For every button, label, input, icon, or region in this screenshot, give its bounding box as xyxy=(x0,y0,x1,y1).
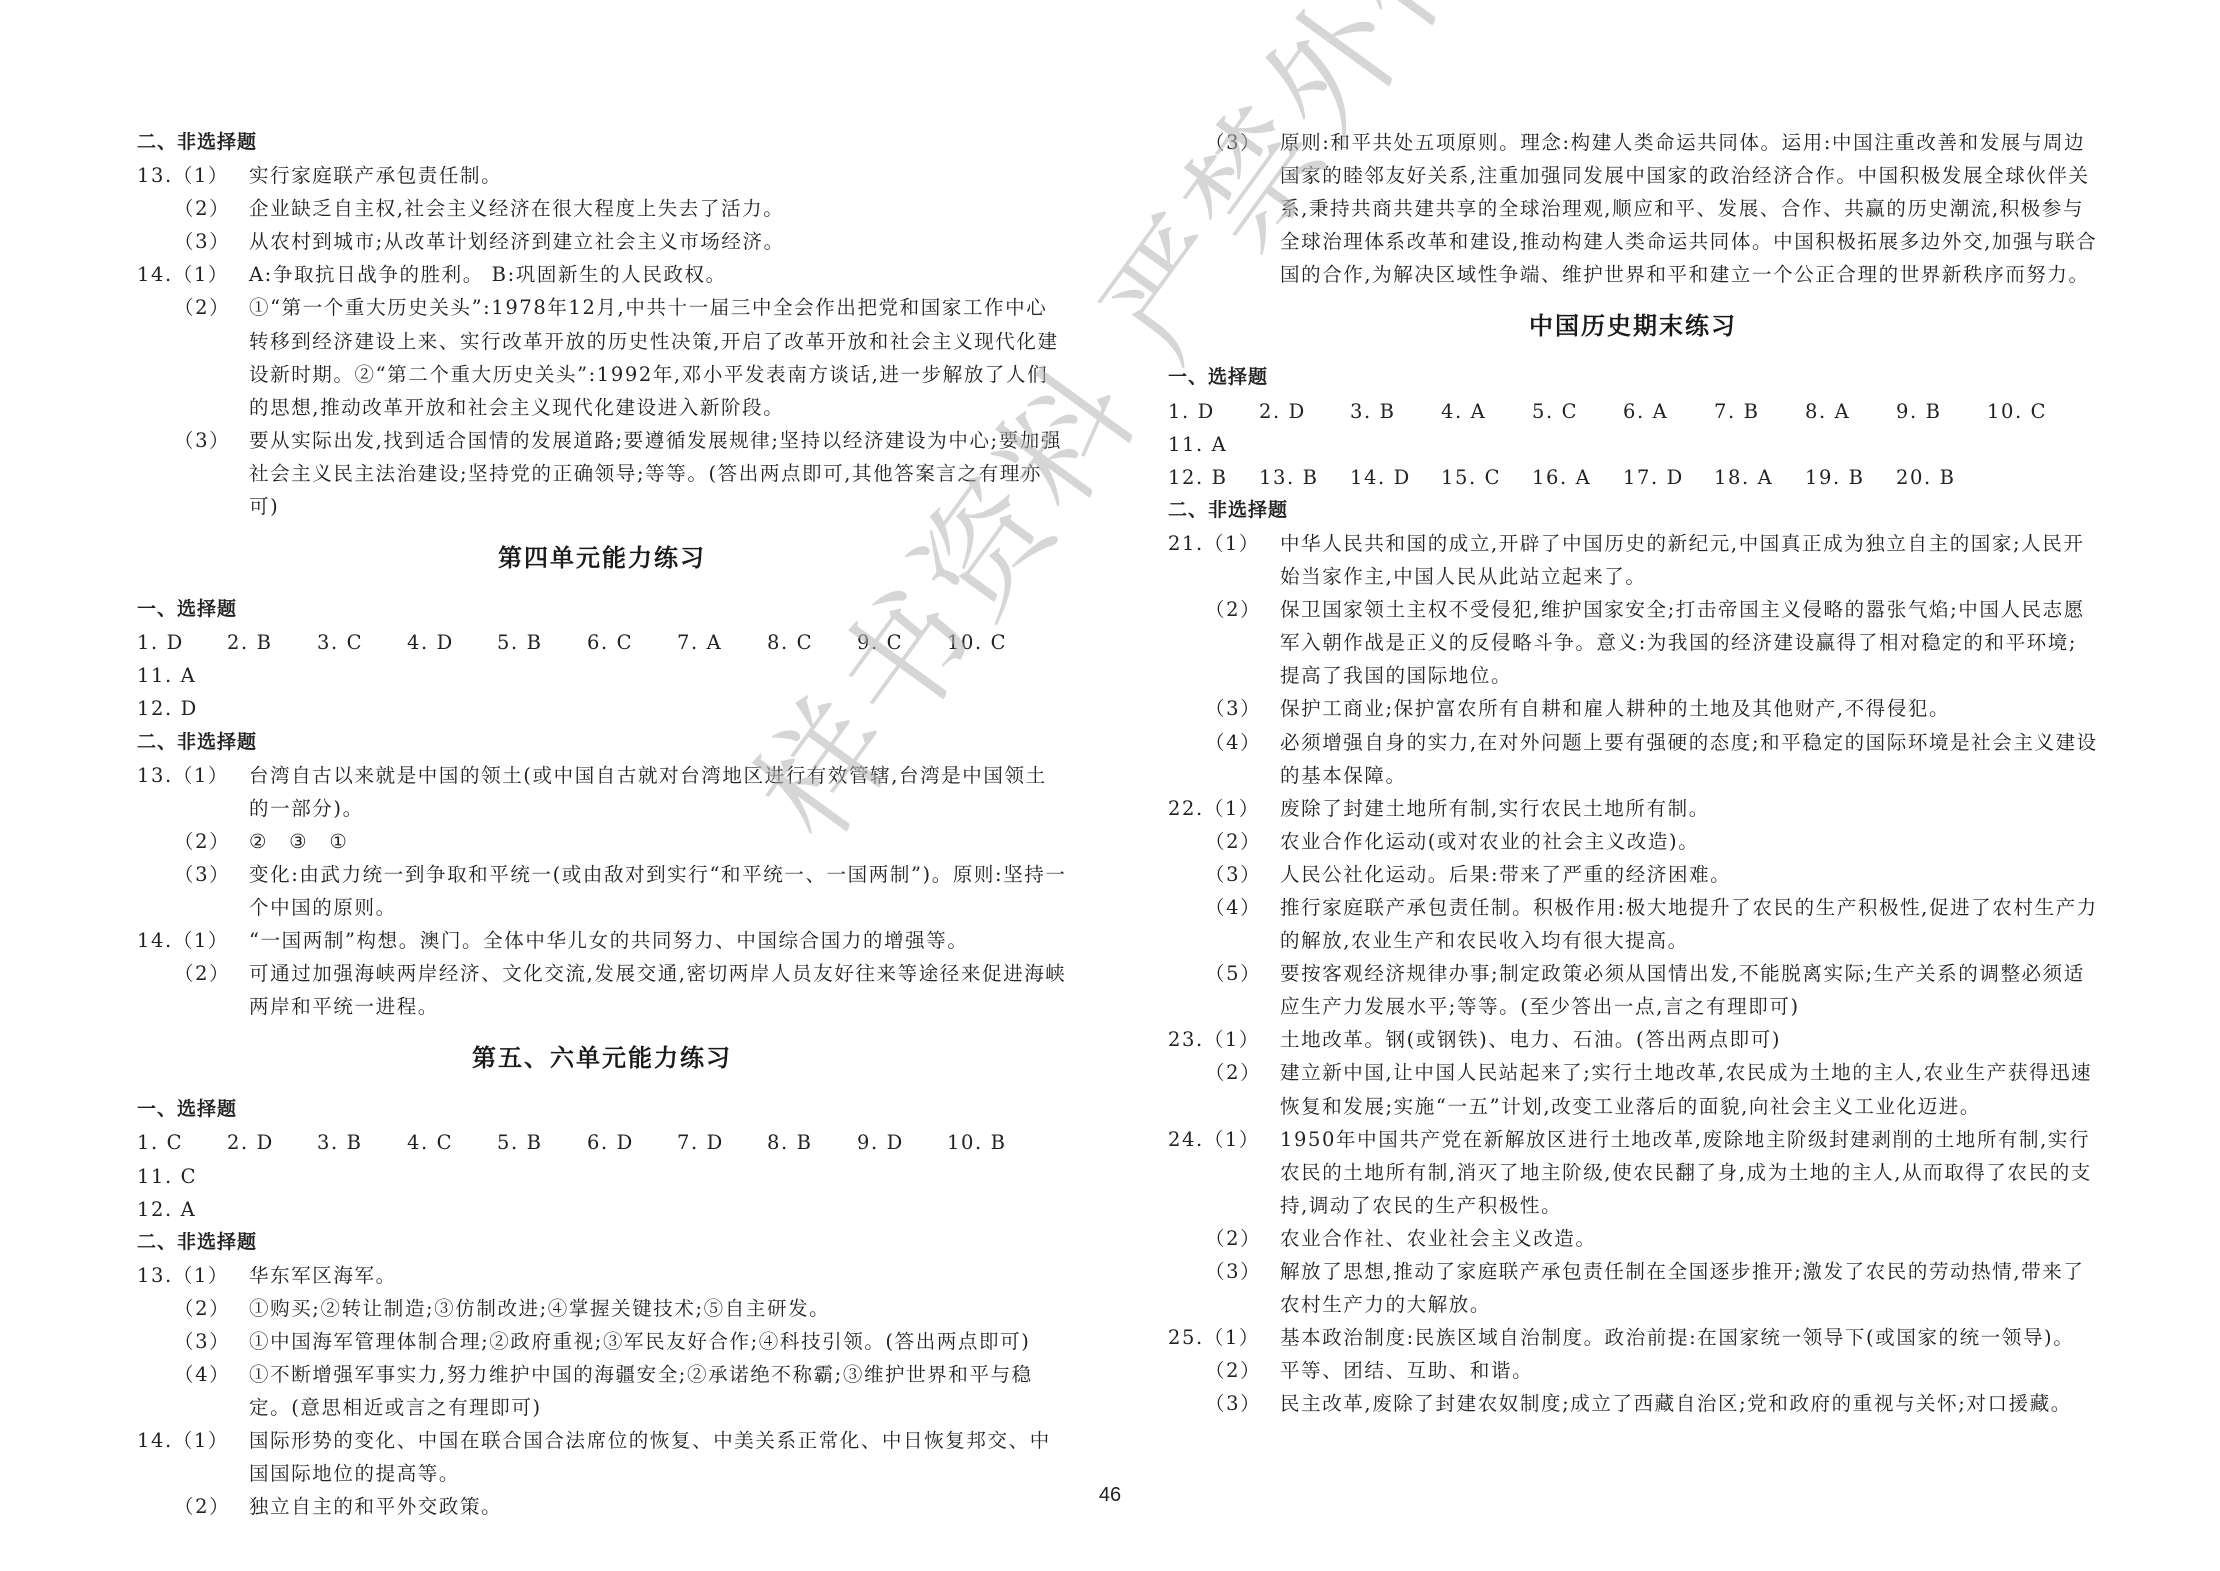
answer-text: 保卫国家领土主权不受侵犯,维护国家安全;打击帝国主义侵略的嚣张气焰;中国人民志愿… xyxy=(1280,598,2085,687)
question-number: 25.（1） xyxy=(1168,1321,1280,1354)
question-25-part-2: （2）平等、团结、互助、和谐。 xyxy=(1168,1354,2098,1387)
choice-answers: 1. C2. D3. B4. C5. B6. D7. D8. B9. D10. … xyxy=(137,1126,1067,1192)
answer-text: ①中国海军管理体制合理;②政府重视;③军民友好合作;④科技引领。(答出两点即可) xyxy=(249,1330,1030,1353)
question-13-part-3: （3）①中国海军管理体制合理;②政府重视;③军民友好合作;④科技引领。(答出两点… xyxy=(137,1325,1067,1358)
answer-text: 解放了思想,推动了家庭联产承包责任制在全国逐步推开;激发了农民的劳动热情,带来了… xyxy=(1280,1260,2084,1316)
section-heading-nonchoice: 二、非选择题 xyxy=(137,1226,1067,1259)
question-number: 24.（1） xyxy=(1168,1123,1280,1156)
page-number: 46 xyxy=(0,1484,2220,1507)
question-14-part-3: （3）要从实际出发,找到适合国情的发展道路;要遵循发展规律;坚持以经济建设为中心… xyxy=(137,424,1067,523)
answer-text: 原则:和平共处五项原则。理念:构建人类命运共同体。运用:中国注重改善和发展与周边… xyxy=(1280,131,2097,286)
answer-text: 基本政治制度:民族区域自治制度。政治前提:在国家统一领导下(或国家的统一领导)。 xyxy=(1280,1326,2074,1349)
answer-text: 农业合作化运动(或对农业的社会主义改造)。 xyxy=(1280,830,1699,853)
question-14-part-1: 14.（1）A:争取抗日战争的胜利。 B:巩固新生的人民政权。 xyxy=(137,258,1067,291)
answer-text: 台湾自古以来就是中国的领土(或中国自古就对台湾地区进行有效管辖,台湾是中国领土的… xyxy=(249,764,1047,820)
answer-text: “一国两制”构想。澳门。全体中华儿女的共同努力、中国综合国力的增强等。 xyxy=(249,929,968,952)
answer-text: 1950年中国共产党在新解放区进行土地改革,废除地主阶级封建剥削的土地所有制,实… xyxy=(1280,1128,2092,1217)
question-number: 13.（1） xyxy=(137,759,249,792)
choice-answers-row2: 12. A xyxy=(137,1193,1067,1226)
answer-text: ①购买;②转让制造;③仿制改进;④掌握关键技术;⑤自主研发。 xyxy=(249,1297,830,1320)
question-13-part-3: （3）变化:由武力统一到争取和平统一(或由敌对到实行“和平统一、一国两制”)。原… xyxy=(137,858,1067,924)
answer-text: 必须增强自身的实力,在对外问题上要有强硬的态度;和平稳定的国际环境是社会主义建设… xyxy=(1280,731,2098,787)
section-heading-choice: 一、选择题 xyxy=(137,1093,1067,1126)
question-22-part-2: （2）农业合作化运动(或对农业的社会主义改造)。 xyxy=(1168,825,2098,858)
answer-text: A:争取抗日战争的胜利。 B:巩固新生的人民政权。 xyxy=(249,263,727,286)
answer-text: 农业合作社、农业社会主义改造。 xyxy=(1280,1227,1597,1250)
choice-answers: 1. D2. B3. C4. D5. B6. C7. A8. C9. C10. … xyxy=(137,626,1067,692)
answer-text: 变化:由武力统一到争取和平统一(或由敌对到实行“和平统一、一国两制”)。原则:坚… xyxy=(249,863,1067,919)
continued-question-part-3: （3）原则:和平共处五项原则。理念:构建人类命运共同体。运用:中国注重改善和发展… xyxy=(1168,126,2098,291)
choice-answers-row1: 1. D2. D3. B4. A5. C6. A7. B8. A9. B10. … xyxy=(1168,395,2098,461)
question-13-part-2: （2）企业缺乏自主权,社会主义经济在很大程度上失去了活力。 xyxy=(137,192,1067,225)
choice-answers-row2: 12. D xyxy=(137,692,1067,725)
section-heading-nonchoice: 二、非选择题 xyxy=(137,726,1067,759)
answer-text: 土地改革。钢(或钢铁)、电力、石油。(答出两点即可) xyxy=(1280,1028,1781,1051)
question-13-part-2: （2）①购买;②转让制造;③仿制改进;④掌握关键技术;⑤自主研发。 xyxy=(137,1292,1067,1325)
question-24-part-3: （3）解放了思想,推动了家庭联产承包责任制在全国逐步推开;激发了农民的劳动热情,… xyxy=(1168,1255,2098,1321)
question-21-part-2: （2）保卫国家领土主权不受侵犯,维护国家安全;打击帝国主义侵略的嚣张气焰;中国人… xyxy=(1168,593,2098,692)
answer-text: ①不断增强军事实力,努力维护中国的海疆安全;②承诺绝不称霸;③维护世界和平与稳定… xyxy=(249,1363,1033,1419)
answer-text: 平等、团结、互助、和谐。 xyxy=(1280,1359,1533,1382)
section-heading-nonchoice: 二、非选择题 xyxy=(137,126,1067,159)
answer-text: 国际形势的变化、中国在联合国合法席位的恢复、中美关系正常化、中日恢复邦交、中国国… xyxy=(249,1429,1051,1485)
left-column: 二、非选择题 13.（1）实行家庭联产承包责任制。 （2）企业缺乏自主权,社会主… xyxy=(137,126,1067,1524)
answer-text: 保护工商业;保护富农所有自耕和雇人耕种的土地及其他财产,不得侵犯。 xyxy=(1280,697,1950,720)
question-24-part-1: 24.（1）1950年中国共产党在新解放区进行土地改革,废除地主阶级封建剥削的土… xyxy=(1168,1123,2098,1222)
question-13-part-4: （4）①不断增强军事实力,努力维护中国的海疆安全;②承诺绝不称霸;③维护世界和平… xyxy=(137,1358,1067,1424)
section-heading-choice: 一、选择题 xyxy=(1168,361,2098,394)
question-14-part-1: 14.（1）国际形势的变化、中国在联合国合法席位的恢复、中美关系正常化、中日恢复… xyxy=(137,1424,1067,1490)
answer-key-page: 二、非选择题 13.（1）实行家庭联产承包责任制。 （2）企业缺乏自主权,社会主… xyxy=(0,0,2220,1571)
answer-text: 人民公社化运动。后果:带来了严重的经济困难。 xyxy=(1280,863,1731,886)
section-heading-nonchoice: 二、非选择题 xyxy=(1168,494,2098,527)
answer-text: 华东军区海军。 xyxy=(249,1264,397,1287)
answer-text: ①“第一个重大历史关头”:1978年12月,中共十一届三中全会作出把党和国家工作… xyxy=(249,296,1059,418)
answer-text: 废除了封建土地所有制,实行农民土地所有制。 xyxy=(1280,797,1710,820)
question-23-part-2: （2）建立新中国,让中国人民站起来了;实行土地改革,农民成为土地的主人,农业生产… xyxy=(1168,1056,2098,1122)
answer-text: 可通过加强海峡两岸经济、文化交流,发展交通,密切两岸人员友好往来等途径来促进海峡… xyxy=(249,962,1066,1018)
question-25-part-1: 25.（1）基本政治制度:民族区域自治制度。政治前提:在国家统一领导下(或国家的… xyxy=(1168,1321,2098,1354)
choice-answers-row2: 12. B13. B14. D15. C16. A17. D18. A19. B… xyxy=(1168,461,2098,494)
question-13-part-1: 13.（1）实行家庭联产承包责任制。 xyxy=(137,159,1067,192)
answer-text: 企业缺乏自主权,社会主义经济在很大程度上失去了活力。 xyxy=(249,197,784,220)
question-22-part-3: （3）人民公社化运动。后果:带来了严重的经济困难。 xyxy=(1168,858,2098,891)
answer-text: 要从实际出发,找到适合国情的发展道路;要遵循发展规律;坚持以经济建设为中心;要加… xyxy=(249,429,1062,518)
answer-text: 实行家庭联产承包责任制。 xyxy=(249,164,502,187)
question-number: 13.（1） xyxy=(137,159,249,192)
answer-text: 中华人民共和国的成立,开辟了中国历史的新纪元,中国真正成为独立自主的国家;人民开… xyxy=(1280,532,2084,588)
answer-text: 从农村到城市;从改革计划经济到建立社会主义市场经济。 xyxy=(249,230,785,253)
question-number: 14.（1） xyxy=(137,1424,249,1457)
final-exam-title: 中国历史期末练习 xyxy=(1168,310,2098,343)
question-number: 13.（1） xyxy=(137,1259,249,1292)
question-21-part-1: 21.（1）中华人民共和国的成立,开辟了中国历史的新纪元,中国真正成为独立自主的… xyxy=(1168,527,2098,593)
question-22-part-4: （4）推行家庭联产承包责任制。积极作用:极大地提升了农民的生产积极性,促进了农村… xyxy=(1168,891,2098,957)
question-number: 21.（1） xyxy=(1168,527,1280,560)
answer-text: 民主改革,废除了封建农奴制度;成立了西藏自治区;党和政府的重视与关怀;对口援藏。 xyxy=(1280,1392,2072,1415)
question-21-part-3: （3）保护工商业;保护富农所有自耕和雇人耕种的土地及其他财产,不得侵犯。 xyxy=(1168,692,2098,725)
question-14-part-1: 14.（1）“一国两制”构想。澳门。全体中华儿女的共同努力、中国综合国力的增强等… xyxy=(137,924,1067,957)
question-14-part-2: （2）①“第一个重大历史关头”:1978年12月,中共十一届三中全会作出把党和国… xyxy=(137,291,1067,423)
question-25-part-3: （3）民主改革,废除了封建农奴制度;成立了西藏自治区;党和政府的重视与关怀;对口… xyxy=(1168,1387,2098,1420)
answer-text: 要按客观经济规律办事;制定政策必须从国情出发,不能脱离实际;生产关系的调整必须适… xyxy=(1280,962,2085,1018)
answer-text: 推行家庭联产承包责任制。积极作用:极大地提升了农民的生产积极性,促进了农村生产力… xyxy=(1280,896,2098,952)
section-heading-choice: 一、选择题 xyxy=(137,593,1067,626)
question-13-part-1: 13.（1）华东军区海军。 xyxy=(137,1259,1067,1292)
question-24-part-2: （2）农业合作社、农业社会主义改造。 xyxy=(1168,1222,2098,1255)
unit4-title: 第四单元能力练习 xyxy=(137,542,1067,575)
unit56-title: 第五、六单元能力练习 xyxy=(137,1042,1067,1075)
question-13-part-1: 13.（1）台湾自古以来就是中国的领土(或中国自古就对台湾地区进行有效管辖,台湾… xyxy=(137,759,1067,825)
question-21-part-4: （4）必须增强自身的实力,在对外问题上要有强硬的态度;和平稳定的国际环境是社会主… xyxy=(1168,726,2098,792)
question-22-part-5: （5）要按客观经济规律办事;制定政策必须从国情出发,不能脱离实际;生产关系的调整… xyxy=(1168,957,2098,1023)
question-number: 14.（1） xyxy=(137,924,249,957)
question-14-part-2: （2）可通过加强海峡两岸经济、文化交流,发展交通,密切两岸人员友好往来等途径来促… xyxy=(137,957,1067,1023)
question-13-part-2: （2）② ③ ① xyxy=(137,825,1067,858)
answer-text: 建立新中国,让中国人民站起来了;实行土地改革,农民成为土地的主人,农业生产获得迅… xyxy=(1280,1061,2092,1117)
question-22-part-1: 22.（1）废除了封建土地所有制,实行农民土地所有制。 xyxy=(1168,792,2098,825)
question-number: 22.（1） xyxy=(1168,792,1280,825)
question-13-part-3: （3）从农村到城市;从改革计划经济到建立社会主义市场经济。 xyxy=(137,225,1067,258)
question-number: 23.（1） xyxy=(1168,1023,1280,1056)
right-column: （3）原则:和平共处五项原则。理念:构建人类命运共同体。运用:中国注重改善和发展… xyxy=(1168,126,2098,1420)
question-number: 14.（1） xyxy=(137,258,249,291)
question-23-part-1: 23.（1）土地改革。钢(或钢铁)、电力、石油。(答出两点即可) xyxy=(1168,1023,2098,1056)
